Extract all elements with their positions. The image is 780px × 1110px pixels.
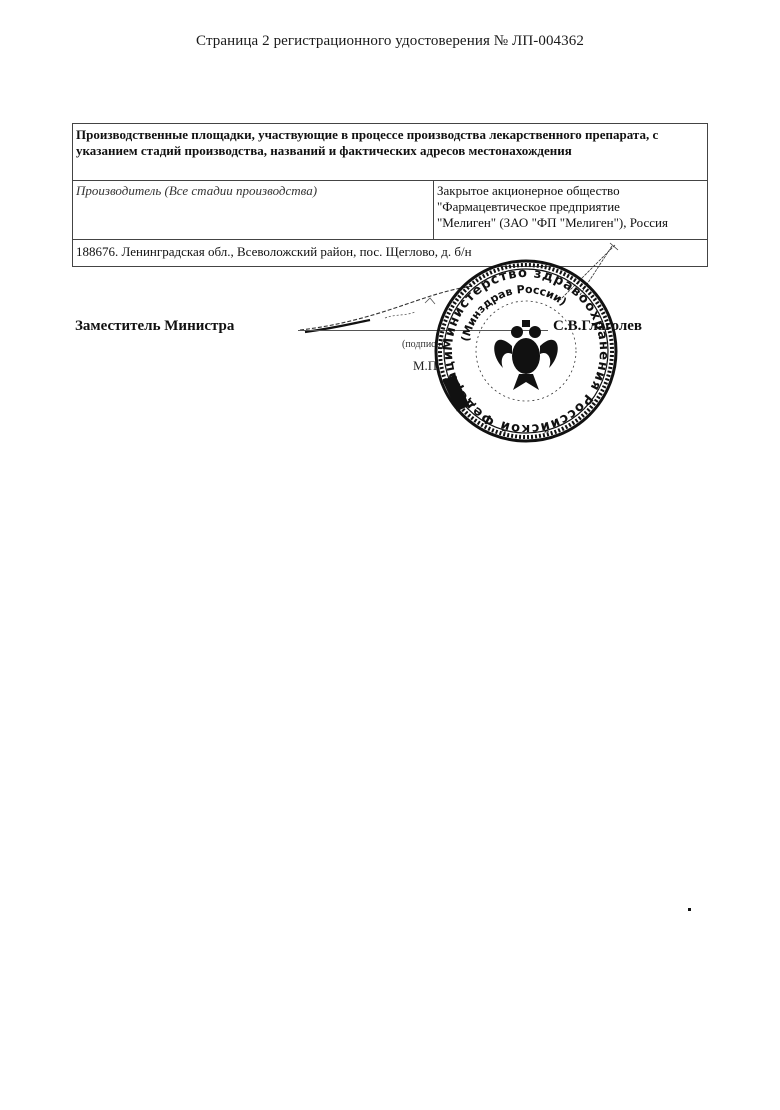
page-header: Страница 2 регистрационного удостоверени… — [0, 33, 780, 50]
company-line: Закрытое акционерное общество — [437, 183, 703, 199]
production-role: Производитель (Все стадии производства) — [73, 181, 434, 240]
company-line: "Фармацевтическое предприятие — [437, 199, 703, 215]
signer-name: С.В.Глаголев — [553, 318, 642, 335]
table-header-cell: Производственные площадки, участвующие в… — [73, 124, 708, 181]
eagle-emblem-icon — [494, 320, 558, 390]
table-row: Производитель (Все стадии производства) … — [73, 181, 708, 240]
signer-position: Заместитель Министра — [75, 318, 234, 335]
official-stamp-icon: Министерство здравоохранения Российской … — [433, 258, 619, 444]
scan-artifact-dot — [688, 908, 691, 911]
company-cell: Закрытое акционерное общество "Фармацевт… — [434, 181, 708, 240]
company-line: "Мелиген" (ЗАО "ФП "Мелиген"), Россия — [437, 215, 703, 231]
table-header-row: Производственные площадки, участвующие в… — [73, 124, 708, 181]
